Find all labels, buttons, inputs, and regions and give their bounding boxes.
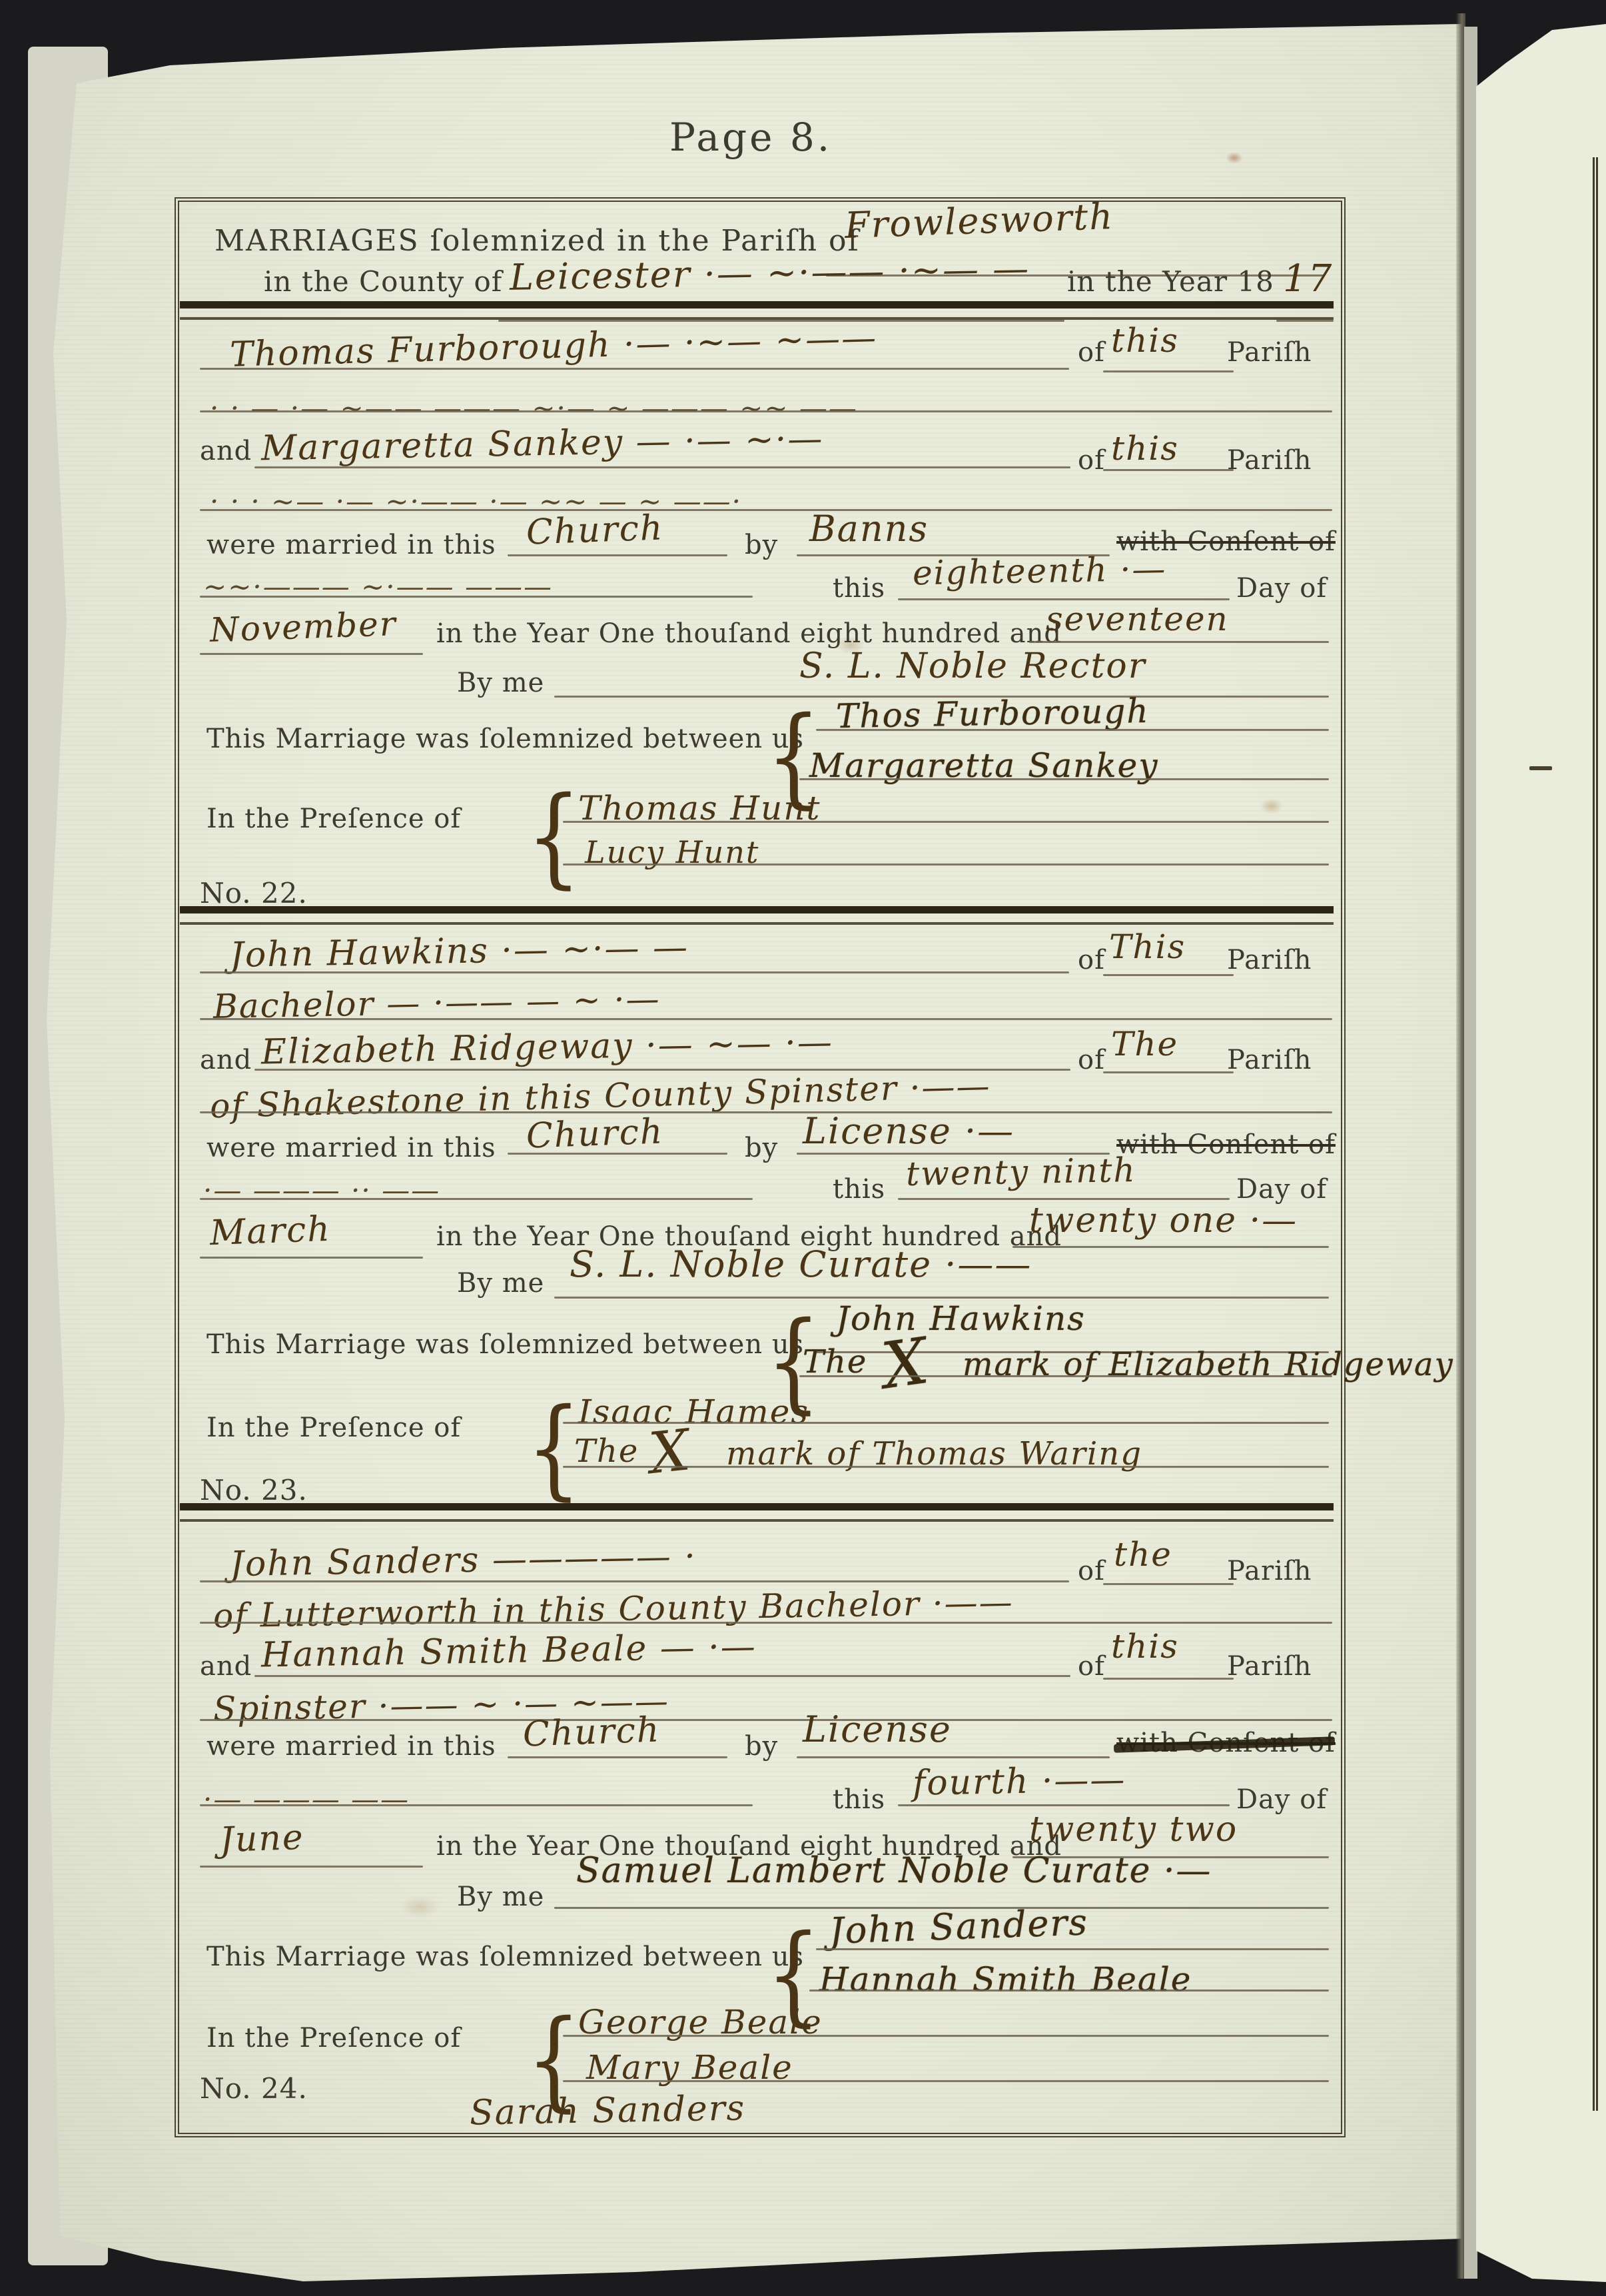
of-label: of [1078,445,1105,476]
section-divider [180,1503,1334,1526]
ruled-line [1103,974,1234,976]
ruled-line [200,596,753,598]
ruled-line [1103,370,1234,372]
ink-speck [1529,766,1552,770]
groom-name-handwritten: John Sanders ————— · [230,1536,697,1584]
ruled-line [254,1675,1070,1677]
curly-brace: { [526,1385,582,1511]
officiant-signature: Samuel Lambert Noble Curate ·— [576,1851,1212,1891]
place-handwritten: Church [522,1710,661,1754]
ruled-line [508,1756,727,1758]
day-handwritten: twenty ninth [906,1151,1137,1193]
curly-brace: { [526,773,582,899]
ruled-line [200,1719,1332,1721]
ruled-line [1103,1678,1234,1680]
this-label: this [833,1784,885,1815]
bride-signature-suffix: mark of Elizabeth Ridgeway [963,1346,1454,1383]
ruled-line [200,509,1332,511]
header-county-label: in the County of [264,265,502,298]
ruled-line [254,466,1070,468]
day-of-label: Day of [1236,1784,1327,1815]
solemnized-label: This Marriage was ſolemnized between us [206,1942,804,1972]
consent-label-struck: with Conſent of [1116,1129,1336,1160]
presence-label: In the Preſence of [206,1413,461,1443]
facing-page-border-line [1593,157,1598,2111]
groom-name-handwritten: John Hawkins ·— ~·— — [230,927,689,975]
witness-signature: Sarah Sanders [470,2088,746,2133]
method-handwritten: License [803,1708,952,1750]
officiant-signature: S. L. Noble Rector [799,646,1146,686]
method-handwritten: Banns [809,508,929,550]
ruled-line [200,1257,423,1259]
ruled-line [1012,1246,1329,1248]
place-handwritten: Church [526,1111,664,1156]
of-label: of [1078,1045,1105,1075]
facing-page-sliver [1476,0,1606,2296]
ruled-line [200,1198,753,1200]
this-label: this [833,573,885,604]
ruled-line [799,778,1329,780]
place-handwritten: Church [526,508,664,552]
year-words-handwritten: twenty one ·— [1029,1201,1298,1241]
method-handwritten: License ·— [803,1110,1014,1152]
month-handwritten: June [219,1818,305,1860]
married-in-label: were married in this [206,1731,496,1762]
ruled-line [200,971,1069,973]
filler-flourish: ·— ——— —— [203,1783,410,1816]
presence-label: In the Preſence of [206,2023,461,2053]
ruled-line [898,1198,1230,1200]
bride-parish-word: this [1111,429,1179,468]
ruled-line [200,1018,1332,1020]
officiant-signature: S. L. Noble Curate ·—— [570,1243,1032,1285]
ruled-line [508,1153,727,1155]
ruled-line [554,1297,1329,1299]
day-of-label: Day of [1236,573,1327,604]
ruled-line [1103,1583,1234,1585]
married-in-label: were married in this [206,530,496,560]
bride-parish-word: The [1111,1025,1178,1063]
this-label: this [833,1174,885,1205]
month-handwritten: November [209,604,397,650]
ruled-line [200,1580,1069,1582]
entry-number: No. 22. [200,877,308,909]
bride-parish-word: this [1111,1627,1179,1666]
entry-number: No. 23. [200,1474,308,1506]
by-me-label: By me [457,1268,544,1299]
parish-label: Pariſh [1227,337,1312,368]
day-handwritten: fourth ·—— [913,1760,1126,1804]
and-label: and [200,1045,252,1075]
witness2-prefix: The [574,1433,639,1470]
parish-label: Pariſh [1227,1651,1312,1682]
entry-number: No. 24. [200,2072,308,2105]
ruled-line [799,1375,1332,1377]
and-label: and [200,436,252,466]
ruled-line [898,1804,1230,1806]
by-label: by [745,1133,778,1163]
ruled-line [200,1111,1332,1113]
bride-x-mark: X [878,1325,934,1404]
ruled-line [200,368,1069,370]
scanned-register-page: Page 8. MARRIAGES ſolemnized in the Pari… [0,0,1606,2296]
ruled-line [200,1866,423,1868]
parish-label: Pariſh [1227,1045,1312,1075]
ruled-line [1029,641,1329,643]
page-number: Page 8. [669,115,832,160]
of-label: of [1078,1651,1105,1682]
header-year-handwritten: 17 [1283,257,1333,300]
ruled-line [200,653,423,655]
parish-label: Pariſh [1227,945,1312,975]
by-label: by [745,530,778,560]
by-label: by [745,1731,778,1762]
and-label: and [200,1651,252,1682]
ruled-line [200,1622,1332,1624]
witness-signature: Isaac Hames [578,1393,809,1431]
of-label: of [1078,337,1105,368]
parish-label: Pariſh [1227,1556,1312,1586]
ruled-line [200,410,1332,412]
ruled-line [563,2035,1329,2037]
ruled-line [563,821,1329,823]
gutter-page-edge [1464,27,1477,2279]
ruled-line [797,1756,1110,1758]
year-words-handwritten: seventeen [1046,600,1229,638]
ruled-line [1103,469,1234,471]
ruled-line [563,2080,1329,2082]
ruled-line [563,863,1329,865]
ruled-line [200,1804,753,1806]
groom-signature: John Hawkins [836,1299,1086,1338]
married-in-label: were married in this [206,1133,496,1163]
of-label: of [1078,1556,1105,1586]
month-handwritten: March [209,1209,332,1253]
parish-label: Pariſh [1227,445,1312,476]
ruled-line [816,1948,1329,1950]
ruled-line [1276,320,1334,322]
groom-parish-word: this [1111,321,1179,360]
year-words-handwritten: twenty two [1029,1810,1238,1850]
witness2-x-mark: X [646,1417,695,1487]
presence-label: In the Preſence of [206,804,461,834]
of-label: of [1078,945,1105,975]
groom-parish-word: the [1114,1535,1172,1574]
ruled-line [816,729,1329,731]
groom-parish-word: This [1109,927,1186,966]
ruled-line [563,1466,1329,1468]
day-handwritten: eighteenth ·— [913,550,1167,593]
bride-signature: Hannah Smith Beale [819,1960,1192,1999]
year-words-label: in the Year One thouſand eight hundred a… [436,618,1062,649]
filler-flourish: ~~·——— ~·—— ——— [203,570,553,603]
solemnized-label: This Marriage was ſolemnized between us [206,724,804,754]
solemnized-label: This Marriage was ſolemnized between us [206,1329,804,1360]
ruled-line [809,1990,1329,1992]
by-me-label: By me [457,668,544,698]
ruled-line [508,554,727,556]
section-divider [180,906,1334,929]
by-me-label: By me [457,1882,544,1912]
header-year-label: in the Year 18 [1067,265,1274,298]
ruled-line [1103,1071,1234,1073]
filler-flourish: ·— ——— ·· —— [203,1174,440,1207]
